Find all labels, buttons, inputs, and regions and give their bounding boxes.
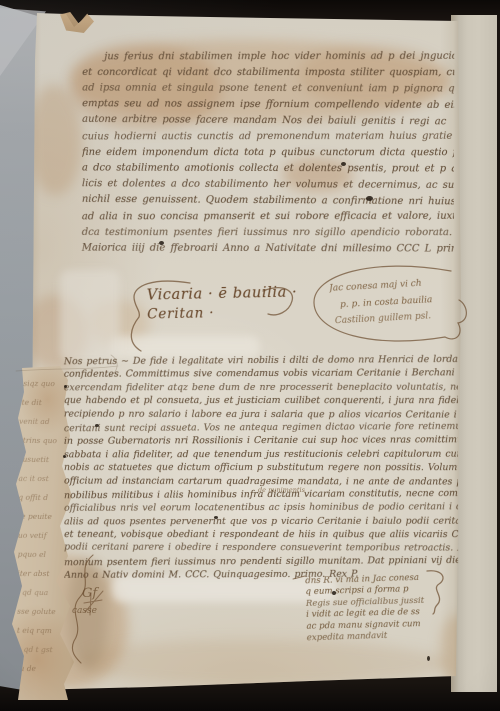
text-line: ad alia in suo concisa pmanserit et sui … xyxy=(82,209,454,226)
lower-text-block: Nos petrus ~ De fide i legalitate viri n… xyxy=(64,354,458,587)
text-line: ac it ost xyxy=(18,469,70,488)
notarial-monogram: Gf xyxy=(82,586,97,601)
text-line: pquo el xyxy=(18,545,70,565)
text-line: confidentes. Committimus sive comendamus… xyxy=(64,367,458,382)
text-line: sse golute xyxy=(17,602,69,622)
text-line: q offit d xyxy=(18,488,70,507)
text-line: que habendo et pl consueta, jus et justi… xyxy=(64,394,458,408)
ink-speck xyxy=(64,385,67,388)
text-line: nobis ac statuetes que dictum officium p… xyxy=(64,461,458,475)
heading-line-1: Vicaria · ē bauilia · xyxy=(147,284,298,303)
ink-speck xyxy=(159,241,164,245)
chancery-note: dns R. vi ma in Jac conesaq eum scripsi … xyxy=(305,572,453,644)
text-line: et concordicat qi vidant dco stabiliment… xyxy=(82,65,454,81)
text-line: exercendam fideliter atqz bene dum de nr… xyxy=(64,380,458,394)
ink-speck xyxy=(95,424,99,427)
text-line: aliis ad quos psentes pervenerint que vo… xyxy=(64,514,458,528)
text-line: autone arbitre posse facere mandam Nos d… xyxy=(82,112,454,131)
text-line: jus ferius dni stabilimen imple hoc vide… xyxy=(82,49,454,66)
text-line: tu de xyxy=(16,659,68,678)
section-heading: Vicaria · ē bauilia · Ceritan · xyxy=(147,284,298,322)
text-line: cuius hodierni auctis cunctis ad premone… xyxy=(82,129,454,146)
ink-speck xyxy=(63,455,66,458)
text-line: o qd t gst xyxy=(17,640,69,660)
ink-speck xyxy=(427,656,430,661)
top-text-block: jus ferius dni stabilimen imple hoc vide… xyxy=(82,49,455,262)
interlinear-note: de punimentis xyxy=(258,486,305,494)
text-line: ad ipsa omnia et singula psone tenent et… xyxy=(82,81,454,98)
ink-speck xyxy=(214,516,218,519)
text-line: officialibus nris vel eorum locatenentib… xyxy=(64,501,458,516)
registration-note: Jac conesa maj vi chp. p. in costa bauil… xyxy=(329,274,465,330)
ink-speck xyxy=(332,591,336,595)
ink-speck xyxy=(341,162,346,166)
ink-speck xyxy=(366,196,373,201)
text-line: t eiq rqm xyxy=(17,621,69,641)
text-line: a dco stabilimento amotionis collecta et… xyxy=(82,161,454,178)
notarial-word: casse xyxy=(72,606,97,616)
text-line: dca testimonium psentes fieri iussimus n… xyxy=(82,225,454,241)
heading-line-2: Ceritan · xyxy=(147,303,298,322)
text-line: sabbata i alia fideliter, ad que tenendu… xyxy=(64,447,458,461)
text-line: fine eidem imponendum dicta tota p quibu… xyxy=(82,145,454,161)
text-line: et teneant, vobisque obediant i responde… xyxy=(64,528,458,542)
text-line: Maiorica iiij die ffebroarii Anno a Nati… xyxy=(82,241,454,258)
manuscript-photo: ssiqz quoite ditvenit adstrins quosusuet… xyxy=(0,0,500,711)
text-line: in posse Gubernatoris nri Rossilionis i … xyxy=(64,434,458,449)
text-line: nichil esse genuissent. Quodem stabilime… xyxy=(82,192,454,211)
